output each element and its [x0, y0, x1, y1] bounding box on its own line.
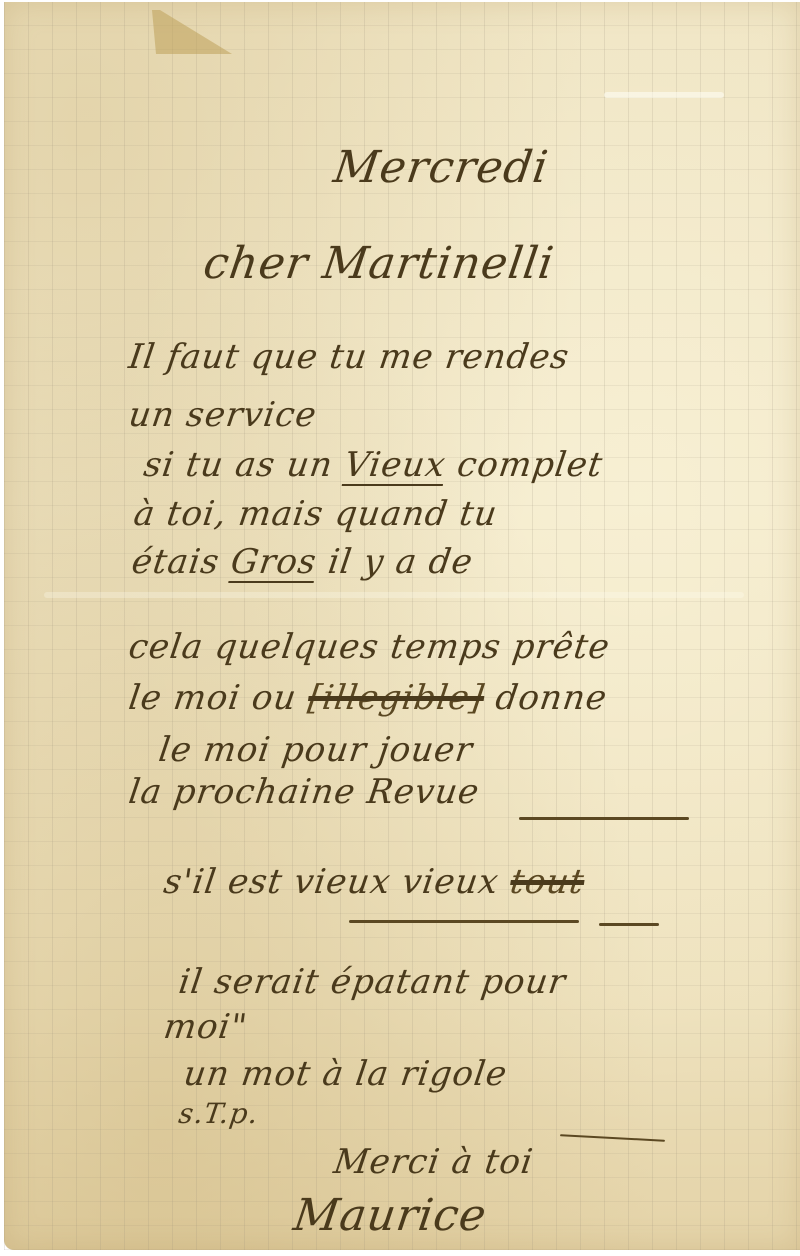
text-le-moi-ou: le moi ou [126, 678, 299, 718]
paper-crease [604, 92, 724, 98]
body-line-9: la prochaine Revue [126, 772, 482, 812]
struck-word: [illegible] [306, 678, 487, 718]
body-line-1: Il faut que tu me rendes [126, 337, 572, 377]
underline-vieux-2 [599, 923, 659, 926]
body-line-11: il serait épatant pour [176, 962, 568, 1002]
body-line-14: s.T.p. [177, 1097, 261, 1130]
paper-fold [44, 592, 744, 598]
body-line-10: s'il est vieux vieux tout [161, 862, 587, 902]
body-line-8: le moi pour jouer [156, 730, 475, 770]
body-line-3: si tu as un Vieux complet [141, 445, 605, 485]
underline-revue [519, 817, 689, 820]
body-line-12: moi" [161, 1007, 250, 1047]
text-la-prochaine: la prochaine [126, 772, 358, 812]
body-line-2: un service [126, 395, 319, 435]
underlined-vieux: Vieux [342, 445, 449, 485]
text-revue: Revue [365, 772, 483, 812]
underlined-gros: Gros [228, 542, 319, 582]
body-line-4: à toi, mais quand tu [131, 494, 500, 534]
closing: Merci à toi [331, 1142, 536, 1182]
struck-word-tout: tout [508, 862, 587, 902]
body-line-5: étais Gros il y a de [129, 542, 476, 582]
body-line-7: le moi ou [illegible] donne [126, 678, 610, 718]
flourish-line [560, 1134, 665, 1141]
date-line: Mercredi [330, 142, 551, 193]
tape-stain [152, 10, 232, 54]
body-line-6: cela quelques temps prête [126, 627, 612, 667]
underline-vieux-1 [349, 920, 579, 923]
signature: Maurice [290, 1190, 490, 1241]
text-si-tu-as-un: si tu as un [141, 445, 335, 485]
text-il-y-a-de: il y a de [326, 542, 476, 582]
text-donne: donne [493, 678, 610, 718]
text-sil-est-vieux: s'il est vieux vieux [161, 862, 501, 902]
body-line-13: un mot à la rigole [181, 1054, 510, 1094]
text-etais: étais [129, 542, 222, 582]
letter-sheet: Mercredi cher Martinelli Il faut que tu … [4, 2, 800, 1250]
text-complet: complet [455, 445, 606, 485]
salutation: cher Martinelli [200, 238, 557, 289]
